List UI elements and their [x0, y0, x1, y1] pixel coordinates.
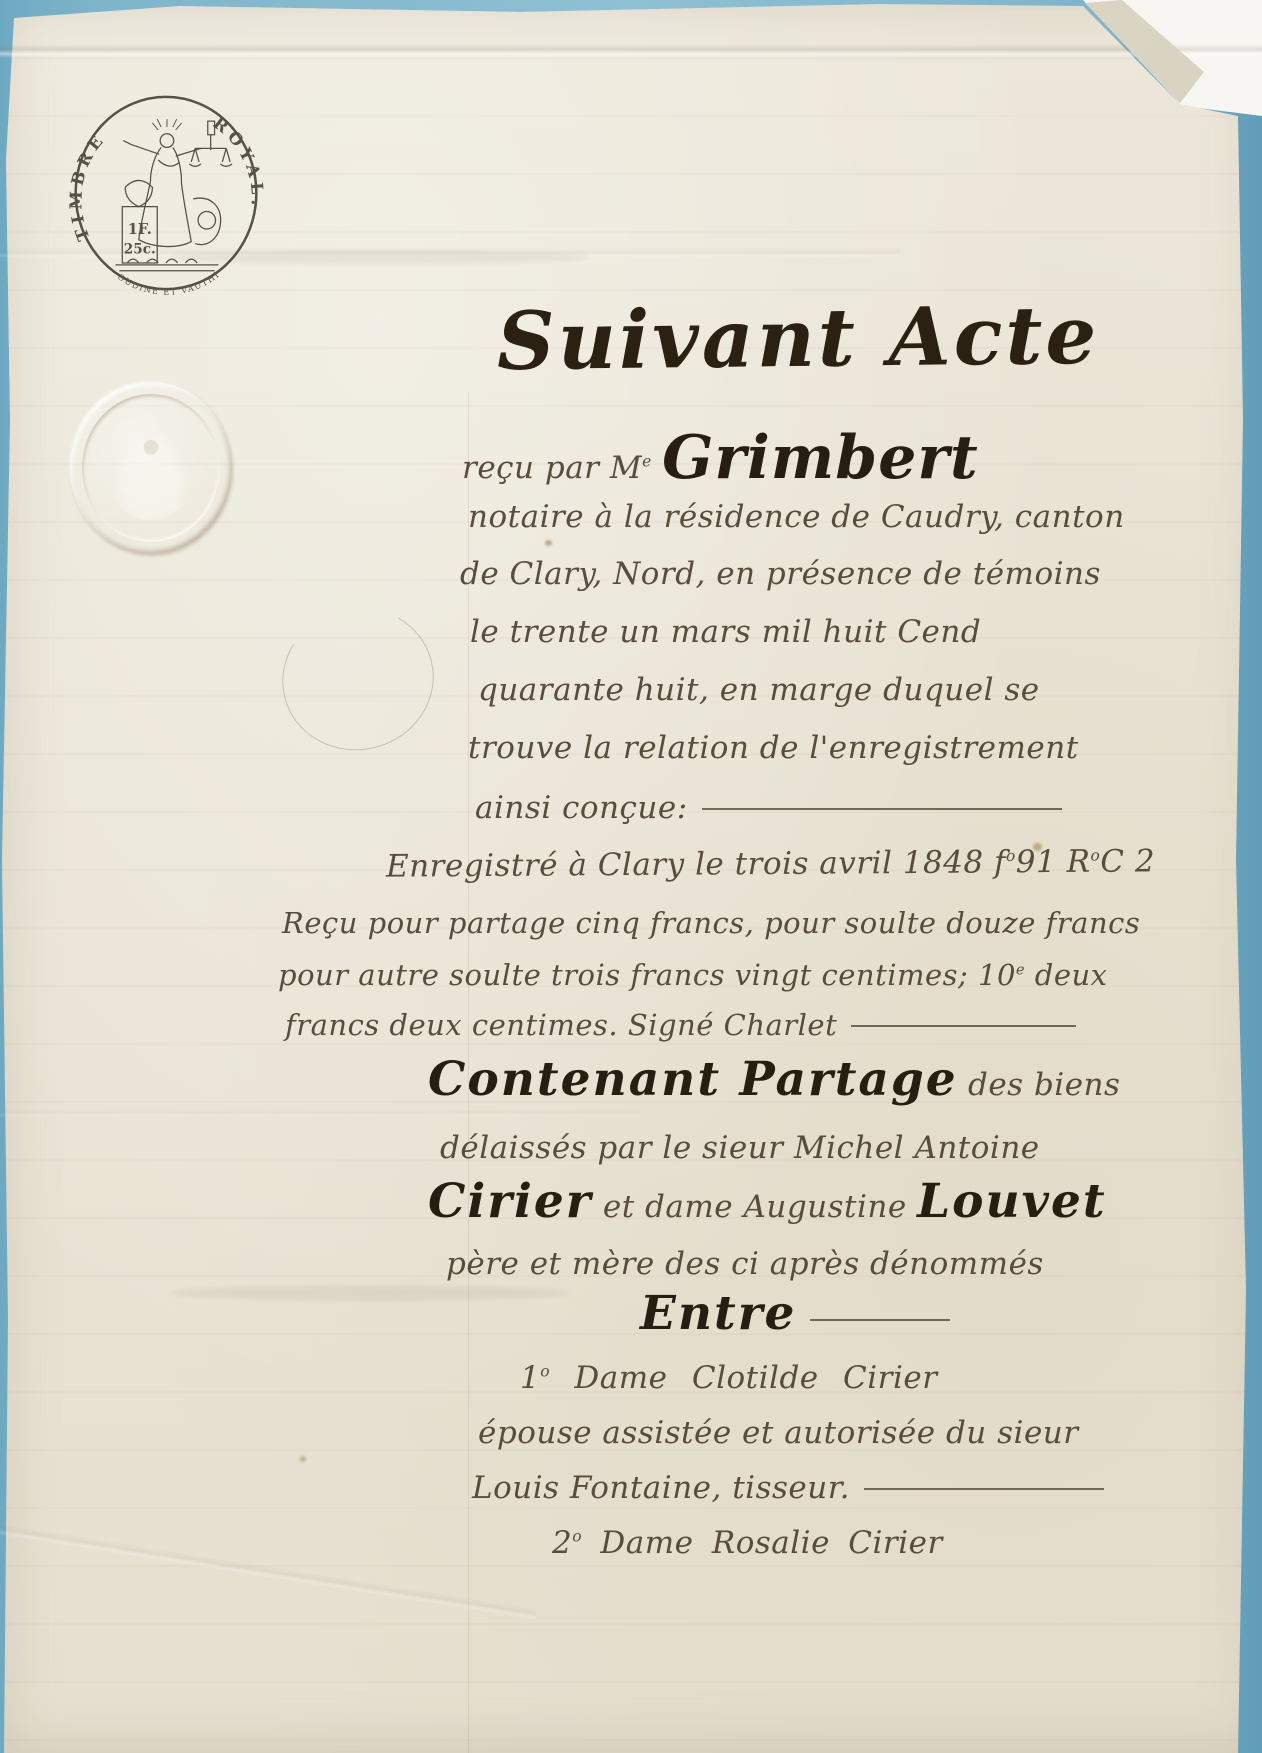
text-segment: notaire à la résidence de Caudry, canton [468, 499, 1125, 535]
text-segment: Reçu pour partage cinq francs, pour soul… [282, 906, 1140, 940]
text-segment: père et mère des ci après dénommés [446, 1246, 1044, 1282]
text-segment: trouve la relation de l'enregistrement [468, 730, 1079, 766]
manuscript-line-entre: Entre [640, 1290, 950, 1337]
manuscript-line-recu-par: reçu par Me Grimbert [462, 428, 979, 488]
text-segment: Entre [640, 1286, 796, 1341]
text-segment: Grimbert [662, 423, 979, 493]
text-segment: et dame Augustine [593, 1189, 918, 1225]
manuscript-line-title: Suivant Acte [497, 295, 1100, 381]
manuscript-line-enregistre: Enregistré à Clary le trois avril 1848 f… [386, 843, 1155, 884]
manuscript-line-notaire: notaire à la résidence de Caudry, canton [468, 499, 1125, 535]
ink-rule [851, 1025, 1076, 1027]
text-segment: francs deux centimes. Signé Charlet [285, 1008, 837, 1042]
text-segment: reçu par M [462, 450, 642, 486]
text-segment: Cirier [428, 1174, 593, 1229]
text-segment: de Clary, Nord, en présence de témoins [460, 556, 1101, 592]
manuscript-line-trouve: trouve la relation de l'enregistrement [468, 730, 1079, 766]
manuscript-line-pour-autre: pour autre soulte trois francs vingt cen… [278, 958, 1108, 992]
text-segment: Suivant Acte [497, 288, 1100, 388]
manuscript-text-block: Suivant Actereçu par Me Grimbertnotaire … [0, 0, 1262, 1753]
text-segment: quarante huit, en marge duquel se [478, 672, 1040, 708]
manuscript-line-louis-fontaine: Louis Fontaine, tisseur. [472, 1470, 1104, 1506]
manuscript-line-dame-rosalie: 2o Dame Rosalie Cirier [552, 1525, 943, 1561]
scanned-document-page: { "stamp": { "left_text": "TIMBRE", "rig… [0, 0, 1262, 1753]
text-segment: o [1006, 847, 1016, 865]
text-segment: des biens [958, 1067, 1121, 1103]
text-segment: Dame Clotilde Cirier [550, 1360, 937, 1396]
text-segment: pour autre soulte trois francs vingt cen… [278, 958, 1016, 992]
manuscript-line-dame-clotilde: 1o Dame Clotilde Cirier [520, 1360, 938, 1396]
ink-rule [702, 808, 1062, 810]
text-segment: Dame Rosalie Cirier [582, 1525, 943, 1561]
text-segment: o [1090, 846, 1100, 864]
text-segment: Enregistré à Clary le trois avril 1848 f [386, 844, 1006, 884]
manuscript-line-recu-partage: Reçu pour partage cinq francs, pour soul… [282, 906, 1140, 940]
ink-rule [810, 1319, 950, 1321]
text-segment: deux [1025, 958, 1107, 992]
text-segment: 1 [520, 1360, 540, 1396]
text-segment: 91 R [1016, 844, 1091, 881]
manuscript-line-de-clary: de Clary, Nord, en présence de témoins [460, 556, 1101, 592]
text-segment: e [1016, 962, 1025, 978]
text-segment: épouse assistée et autorisée du sieur [478, 1415, 1079, 1451]
text-segment: C 2 [1100, 843, 1155, 879]
manuscript-line-pere-mere: père et mère des ci après dénommés [446, 1246, 1044, 1282]
text-segment: o [572, 1528, 582, 1546]
text-segment: délaissés par le sieur Michel Antoine [440, 1130, 1040, 1166]
manuscript-line-delaisses: délaissés par le sieur Michel Antoine [440, 1130, 1040, 1166]
manuscript-line-contenant: Contenant Partage des biens [428, 1056, 1120, 1103]
manuscript-line-quarante: quarante huit, en marge duquel se [478, 672, 1040, 708]
ink-rule [864, 1488, 1104, 1490]
manuscript-line-le-trente: le trente un mars mil huit Cend [470, 614, 981, 650]
text-segment: Louvet [917, 1174, 1107, 1229]
text-segment: ainsi conçue: [475, 790, 688, 826]
text-segment: o [540, 1363, 550, 1381]
text-segment: le trente un mars mil huit Cend [470, 614, 981, 650]
text-segment: 2 [552, 1525, 572, 1561]
text-segment: e [642, 453, 652, 471]
text-segment: Contenant Partage [428, 1052, 958, 1107]
text-segment [652, 450, 662, 486]
manuscript-line-cirier-louvet: Cirier et dame Augustine Louvet [428, 1178, 1107, 1225]
manuscript-line-epouse: épouse assistée et autorisée du sieur [478, 1415, 1079, 1451]
manuscript-line-ainsi: ainsi conçue: [475, 790, 1062, 826]
manuscript-line-francs-deux: francs deux centimes. Signé Charlet [285, 1008, 1076, 1042]
text-segment: Louis Fontaine, tisseur. [472, 1470, 850, 1506]
